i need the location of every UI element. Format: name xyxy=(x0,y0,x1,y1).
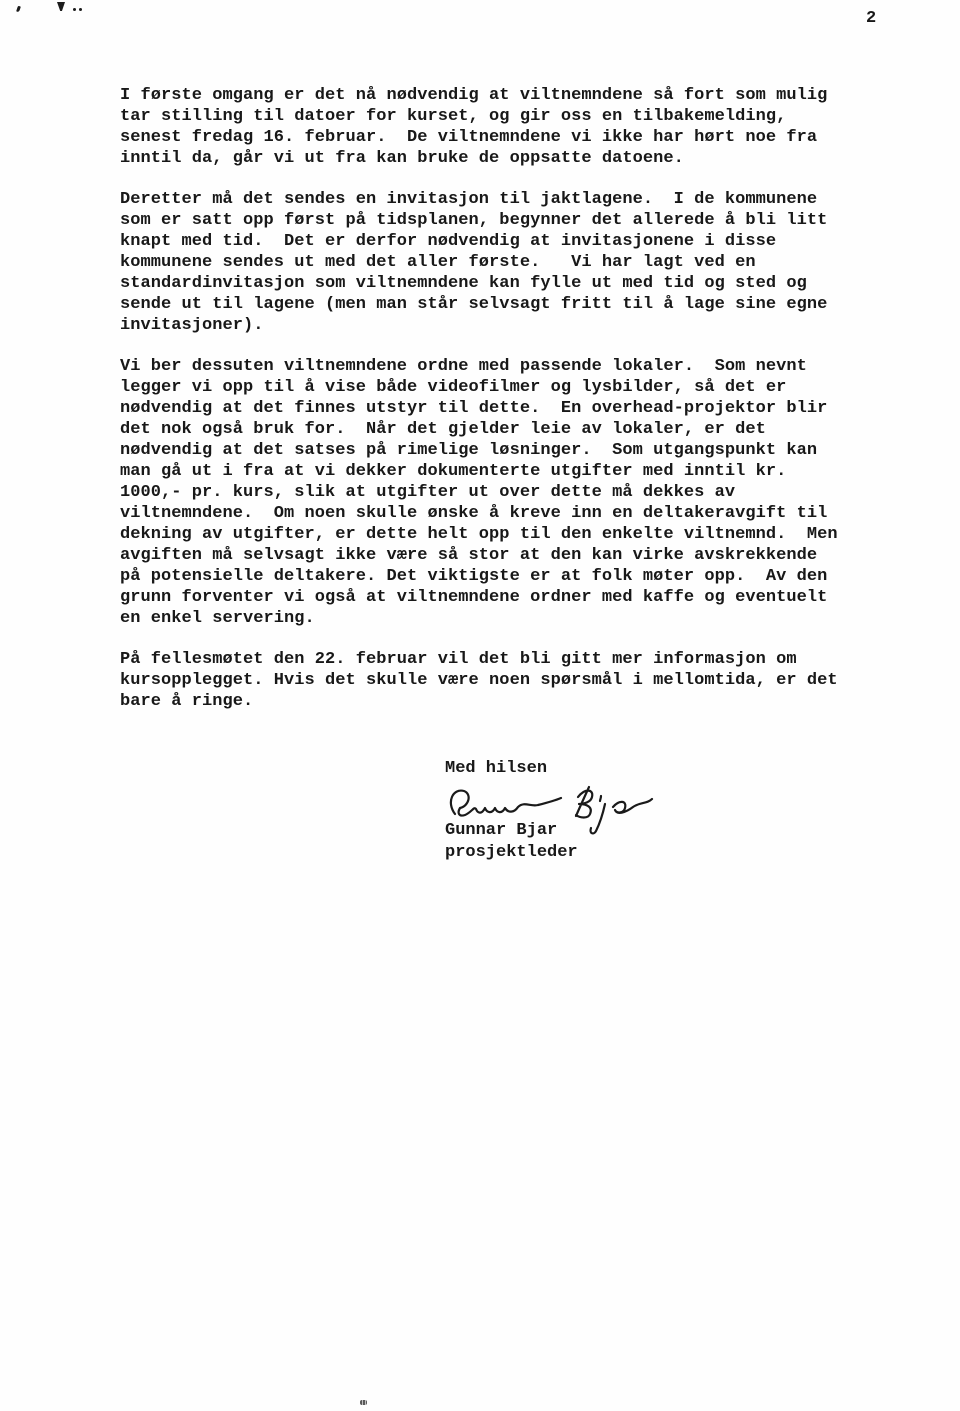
letter-body: I første omgang er det nå nødvendig at v… xyxy=(120,85,860,732)
closing-block: Med hilsen Gunnar Bjar prosjektleder xyxy=(445,758,578,864)
paragraph-meeting-info: På fellesmøtet den 22. februar vil det b… xyxy=(120,649,860,712)
paragraph-venues: Vi ber dessuten viltnemndene ordne med p… xyxy=(120,356,860,629)
scan-speck xyxy=(73,8,76,11)
scan-speck xyxy=(360,1400,367,1405)
handwritten-signature xyxy=(441,782,656,840)
paragraph-intro: I første omgang er det nå nødvendig at v… xyxy=(120,85,860,169)
document-page: 2 I første omgang er det nå nødvendig at… xyxy=(0,0,960,1411)
scan-speck xyxy=(16,6,21,13)
closing-salutation: Med hilsen xyxy=(445,758,578,780)
page-number: 2 xyxy=(866,8,876,29)
signature-title: prosjektleder xyxy=(445,842,578,864)
paragraph-invitations: Deretter må det sendes en invitasjon til… xyxy=(120,189,860,336)
scan-speck xyxy=(57,2,65,11)
